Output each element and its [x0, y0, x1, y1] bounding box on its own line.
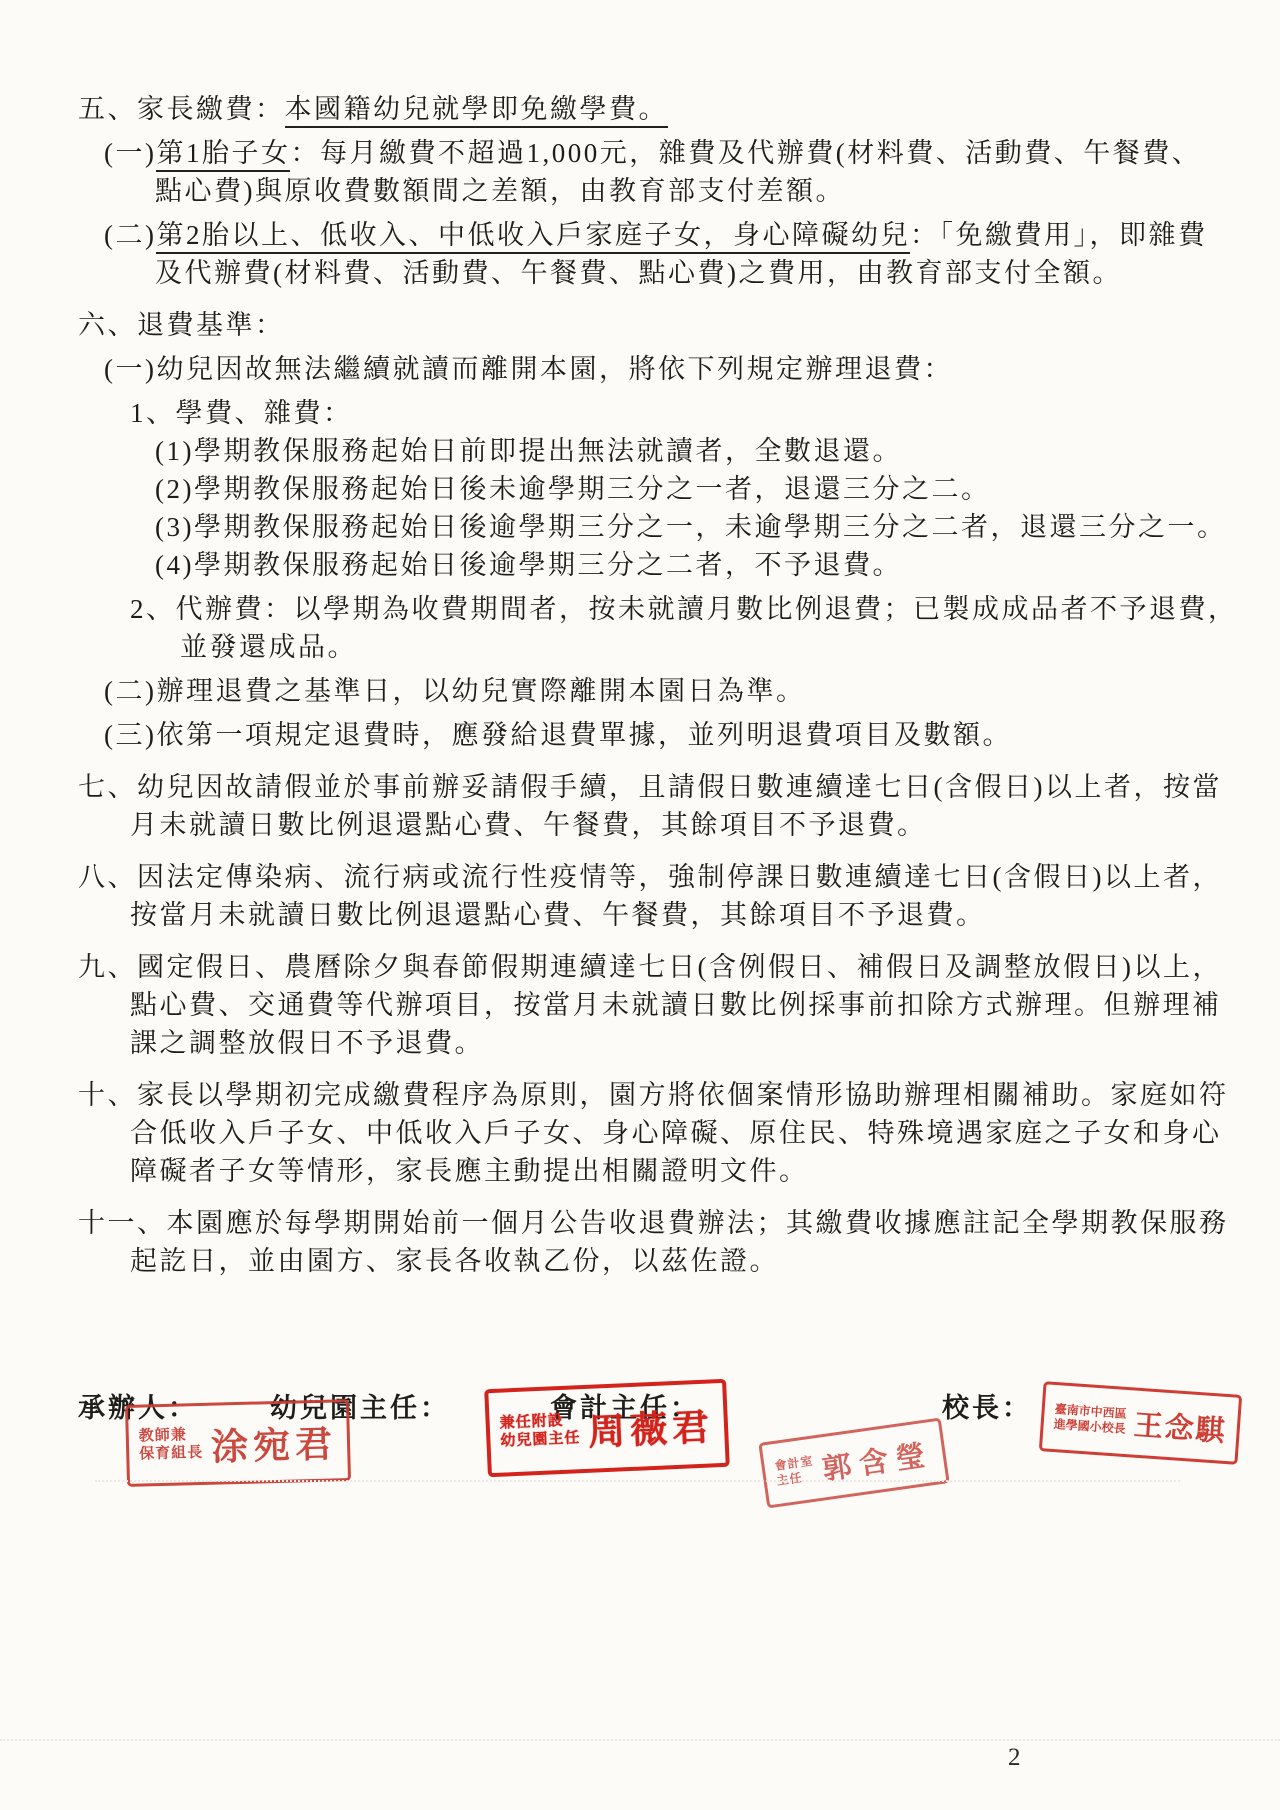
text-segment: (一) — [104, 138, 156, 168]
page-number: 2 — [1008, 1744, 1021, 1772]
text-segment: (二)辦理退費之基準日，以幼兒實際離開本園日為準。 — [104, 676, 805, 706]
document-body: 五、家長繳費：本國籍幼兒就學即免繳學費。(一)第1胎子女：每月繳費不超過1,00… — [0, 0, 1280, 1275]
text-line: 課之調整放假日不予退費。 — [130, 1029, 1250, 1057]
text-segment: 起訖日，並由園方、家長各收執乙份，以茲佐證。 — [130, 1246, 779, 1276]
text-segment: (4)學期教保服務起始日後逾學期三分之二者，不予退費。 — [155, 550, 902, 580]
text-segment: 七、幼兒因故請假並於事前辦妥請假手續，且請假日數連續達七日(含假日)以上者，按當 — [78, 772, 1222, 802]
text-line: 九、國定假日、農曆除夕與春節假期連續達七日(含例假日、補假日及調整放假日)以上， — [78, 953, 1250, 981]
text-line: (1)學期教保服務起始日前即提出無法就讀者，全數退還。 — [155, 437, 1250, 465]
text-segment: 九、國定假日、農曆除夕與春節假期連續達七日(含例假日、補假日及調整放假日)以上， — [78, 952, 1222, 982]
stamp-title-line: 教師兼 — [139, 1426, 203, 1446]
text-segment: 2、代辦費：以學期為收費期間者，按未就讀月數比例退費；已製成成品者不予退費， — [130, 594, 1238, 624]
text-line: 合低收入戶子女、中低收入戶子女、身心障礙、原住民、特殊境遇家庭之子女和身心 — [130, 1119, 1250, 1147]
scanned-document-page: 五、家長繳費：本國籍幼兒就學即免繳學費。(一)第1胎子女：每月繳費不超過1,00… — [0, 0, 1280, 1810]
text-line: (3)學期教保服務起始日後逾學期三分之一，未逾學期三分之二者，退還三分之一。 — [155, 513, 1250, 541]
text-line: 月未就讀日數比例退還點心費、午餐費，其餘項目不予退費。 — [130, 811, 1250, 839]
text-segment: 並發還成品。 — [180, 632, 357, 662]
text-line: 點心費)與原收費數額間之差額，由教育部支付差額。 — [155, 177, 1250, 205]
text-line: 及代辦費(材料費、活動費、午餐費、點心費)之費用，由教育部支付全額。 — [155, 259, 1250, 287]
underlined-text: 第1胎子女 — [156, 138, 290, 172]
text-segment: 五、家長繳費： — [78, 94, 285, 124]
text-line: 六、退費基準： — [78, 311, 1250, 339]
text-line: (4)學期教保服務起始日後逾學期三分之二者，不予退費。 — [155, 551, 1250, 579]
text-segment: 及代辦費(材料費、活動費、午餐費、點心費)之費用，由教育部支付全額。 — [155, 258, 1122, 288]
scan-artifact-band — [95, 1480, 1180, 1482]
text-line: 七、幼兒因故請假並於事前辦妥請假手續，且請假日數連續達七日(含假日)以上者，按當 — [78, 773, 1250, 801]
text-line: 八、因法定傳染病、流行病或流行性疫情等，強制停課日數連續達七日(含假日)以上者， — [78, 863, 1250, 891]
text-segment: (二) — [104, 220, 156, 250]
text-segment: ：每月繳費不超過1,000元，雜費及代辦費(材料費、活動費、午餐費、 — [290, 138, 1201, 168]
text-segment: 合低收入戶子女、中低收入戶子女、身心障礙、原住民、特殊境遇家庭之子女和身心 — [130, 1118, 1222, 1148]
stamp-title: 兼任附設 幼兒園主任 — [499, 1411, 581, 1450]
text-line: (三)依第一項規定退費時，應發給退費單據，並列明退費項目及數額。 — [104, 721, 1250, 749]
text-line: (二)辦理退費之基準日，以幼兒實際離開本園日為準。 — [104, 677, 1250, 705]
text-line: (一)幼兒因故無法繼續就讀而離開本園，將依下列規定辦理退費： — [104, 355, 1250, 383]
text-segment: 點心費)與原收費數額間之差額，由教育部支付差額。 — [155, 176, 845, 206]
text-segment: 障礙者子女等情形，家長應主動提出相關證明文件。 — [130, 1156, 809, 1186]
text-line: (一)第1胎子女：每月繳費不超過1,000元，雜費及代辦費(材料費、活動費、午餐… — [104, 139, 1250, 167]
text-segment: 點心費、交通費等代辦項目，按當月未就讀日數比例採事前扣除方式辦理。但辦理補 — [130, 990, 1222, 1020]
text-segment: 十一、本園應於每學期開始前一個月公告收退費辦法；其繳費收據應註記全學期教保服務 — [78, 1208, 1229, 1238]
text-line: 障礙者子女等情形，家長應主動提出相關證明文件。 — [130, 1157, 1250, 1185]
text-segment: 十、家長以學期初完成繳費程序為原則，園方將依個案情形協助辦理相關補助。家庭如符 — [78, 1080, 1229, 1110]
text-line: 點心費、交通費等代辦項目，按當月未就讀日數比例採事前扣除方式辦理。但辦理補 — [130, 991, 1250, 1019]
text-segment: 月未就讀日數比例退還點心費、午餐費，其餘項目不予退費。 — [130, 810, 927, 840]
stamp-undertaker-seal: 教師兼 保育組長 涂宛君 — [125, 1399, 351, 1487]
text-line: 五、家長繳費：本國籍幼兒就學即免繳學費。 — [78, 95, 1250, 123]
scan-artifact-band — [0, 1739, 1280, 1741]
text-segment: 課之調整放假日不予退費。 — [130, 1028, 484, 1058]
signature-label-principal: 校長： — [942, 1386, 1032, 1425]
text-line: 按當月未就讀日數比例退還點心費、午餐費，其餘項目不予退費。 — [130, 901, 1250, 929]
text-segment: (一)幼兒因故無法繼續就讀而離開本園，將依下列規定辦理退費： — [104, 354, 953, 384]
stamp-title: 會計室 主任 — [774, 1454, 817, 1489]
stamp-title: 臺南市中西區 進學國小校長 — [1053, 1402, 1127, 1437]
stamp-principal-seal: 臺南市中西區 進學國小校長 王念騏 — [1039, 1381, 1242, 1465]
text-segment: 1、學費、雜費： — [130, 398, 353, 428]
stamp-kindergarten-director-seal: 兼任附設 幼兒園主任 周薇君 — [484, 1379, 730, 1477]
underlined-text: 第2胎以上、低收入、中低收入戶家庭子女，身心障礙幼兒 — [156, 220, 910, 254]
text-line: 2、代辦費：以學期為收費期間者，按未就讀月數比例退費；已製成成品者不予退費， — [130, 595, 1250, 623]
text-line: 十一、本園應於每學期開始前一個月公告收退費辦法；其繳費收據應註記全學期教保服務 — [78, 1209, 1250, 1237]
stamp-title-line: 幼兒園主任 — [500, 1429, 581, 1450]
stamp-name: 王念騏 — [1133, 1402, 1229, 1449]
text-line: 起訖日，並由園方、家長各收執乙份，以茲佐證。 — [130, 1247, 1250, 1275]
stamp-title-line: 保育組長 — [139, 1444, 203, 1464]
text-segment: 六、退費基準： — [78, 310, 285, 340]
text-segment: (三)依第一項規定退費時，應發給退費單據，並列明退費項目及數額。 — [104, 720, 1012, 750]
text-line: (二)第2胎以上、低收入、中低收入戶家庭子女，身心障礙幼兒：「免繳費用」，即雜費 — [104, 221, 1250, 249]
underlined-text: 本國籍幼兒就學即免繳學費。 — [285, 94, 669, 128]
text-segment: (1)學期教保服務起始日前即提出無法就讀者，全數退還。 — [155, 436, 902, 466]
stamp-accounting-director-seal: 會計室 主任 郭含瑩 — [758, 1418, 949, 1509]
text-segment: (3)學期教保服務起始日後逾學期三分之一，未逾學期三分之二者，退還三分之一。 — [155, 512, 1226, 542]
stamp-name: 周薇君 — [587, 1396, 715, 1455]
text-segment: (2)學期教保服務起始日後未逾學期三分之一者，退還三分之二。 — [155, 474, 990, 504]
text-line: 1、學費、雜費： — [130, 399, 1250, 427]
text-segment: 八、因法定傳染病、流行病或流行性疫情等，強制停課日數連續達七日(含假日)以上者， — [78, 862, 1222, 892]
stamp-title: 教師兼 保育組長 — [139, 1426, 204, 1464]
text-line: 十、家長以學期初完成繳費程序為原則，園方將依個案情形協助辦理相關補助。家庭如符 — [78, 1081, 1250, 1109]
text-line: 並發還成品。 — [180, 633, 1250, 661]
text-segment: ：「免繳費用」，即雜費 — [910, 220, 1208, 250]
text-segment: 按當月未就讀日數比例退還點心費、午餐費，其餘項目不予退費。 — [130, 900, 986, 930]
text-line: (2)學期教保服務起始日後未逾學期三分之一者，退還三分之二。 — [155, 475, 1250, 503]
stamp-name: 涂宛君 — [210, 1413, 337, 1470]
